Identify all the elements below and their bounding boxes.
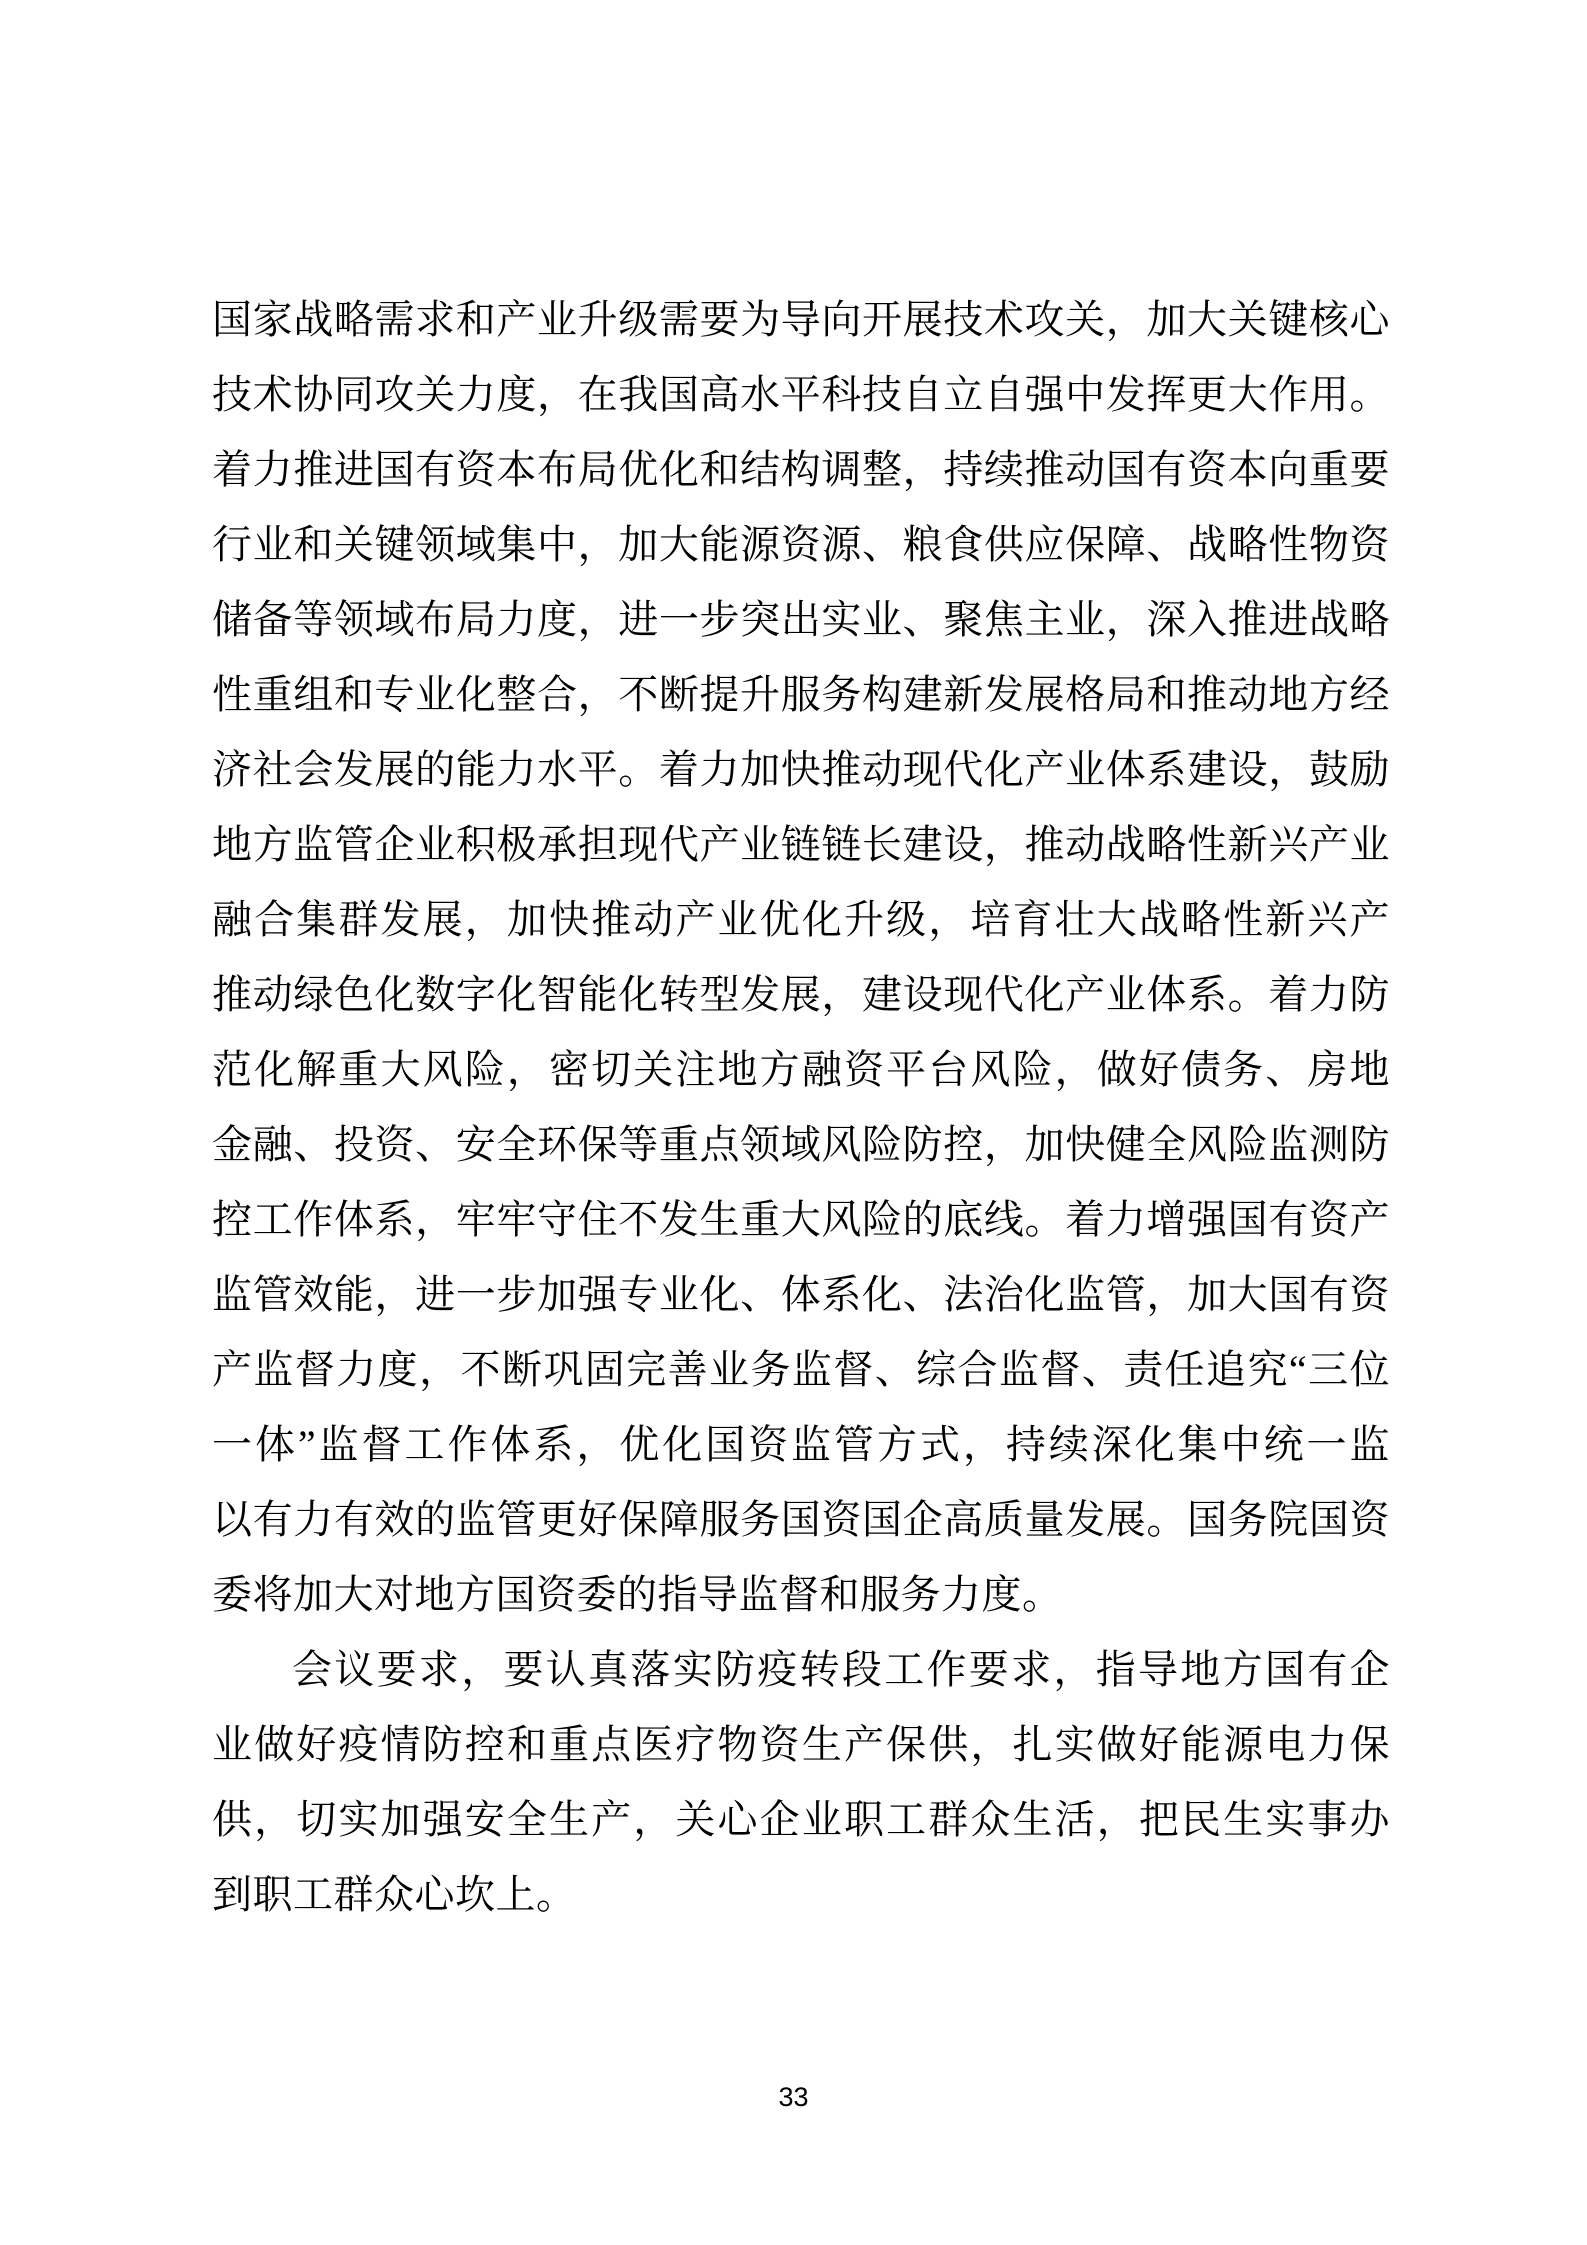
page-number: 33 xyxy=(778,2082,808,2113)
paragraph: 会议要求，要认真落实防疫转段工作要求，指导地方国有企业做好疫情防控和重点医疗物资… xyxy=(212,1632,1390,1932)
text-line: 产监督力度，不断巩固完善业务监督、综合监督、责任追究“三位 xyxy=(212,1332,1390,1407)
text-line: 会议要求，要认真落实防疫转段工作要求，指导地方国有企 xyxy=(212,1632,1390,1707)
document-body: 国家战略需求和产业升级需要为导向开展技术攻关，加大关键核心技术协同攻关力度，在我… xyxy=(212,282,1390,1932)
text-line: 地方监管企业积极承担现代产业链链长建设，推动战略性新兴产业 xyxy=(212,807,1390,882)
text-line: 技术协同攻关力度，在我国高水平科技自立自强中发挥更大作用。 xyxy=(212,357,1390,432)
page-footer: 33 xyxy=(0,2082,1587,2113)
text-line: 监管效能，进一步加强专业化、体系化、法治化监管，加大国有资 xyxy=(212,1257,1390,1332)
text-line: 性重组和专业化整合，不断提升服务构建新发展格局和推动地方经 xyxy=(212,657,1390,732)
text-line: 储备等领域布局力度，进一步突出实业、聚焦主业，深入推进战略 xyxy=(212,582,1390,657)
text-line: 委将加大对地方国资委的指导监督和服务力度。 xyxy=(212,1557,1390,1632)
text-line: 业做好疫情防控和重点医疗物资生产保供，扎实做好能源电力保 xyxy=(212,1707,1390,1782)
text-line: 以有力有效的监管更好保障服务国资国企高质量发展。国务院国资 xyxy=(212,1482,1390,1557)
text-line: 济社会发展的能力水平。着力加快推动现代化产业体系建设，鼓励 xyxy=(212,732,1390,807)
text-line: 着力推进国有资本布局优化和结构调整，持续推动国有资本向重要 xyxy=(212,432,1390,507)
text-line: 范化解重大风险，密切关注地方融资平台风险，做好债务、房地产、 xyxy=(212,1032,1390,1107)
text-line: 供，切实加强安全生产，关心企业职工群众生活，把民生实事办 xyxy=(212,1782,1390,1857)
text-line: 到职工群众心坎上。 xyxy=(212,1857,1390,1932)
text-line: 国家战略需求和产业升级需要为导向开展技术攻关，加大关键核心 xyxy=(212,282,1390,357)
paragraph: 国家战略需求和产业升级需要为导向开展技术攻关，加大关键核心技术协同攻关力度，在我… xyxy=(212,282,1390,1632)
text-line: 金融、投资、安全环保等重点领域风险防控，加快健全风险监测防 xyxy=(212,1107,1390,1182)
text-line: 控工作体系，牢牢守住不发生重大风险的底线。着力增强国有资产 xyxy=(212,1182,1390,1257)
text-line: 融合集群发展，加快推动产业优化升级，培育壮大战略性新兴产业， xyxy=(212,882,1390,957)
text-line: 推动绿色化数字化智能化转型发展，建设现代化产业体系。着力防 xyxy=(212,957,1390,1032)
document-page: { "page": { "number": "33" }, "document"… xyxy=(0,0,1587,2245)
text-line: 一体”监督工作体系，优化国资监管方式，持续深化集中统一监管， xyxy=(212,1407,1390,1482)
text-line: 行业和关键领域集中，加大能源资源、粮食供应保障、战略性物资 xyxy=(212,507,1390,582)
